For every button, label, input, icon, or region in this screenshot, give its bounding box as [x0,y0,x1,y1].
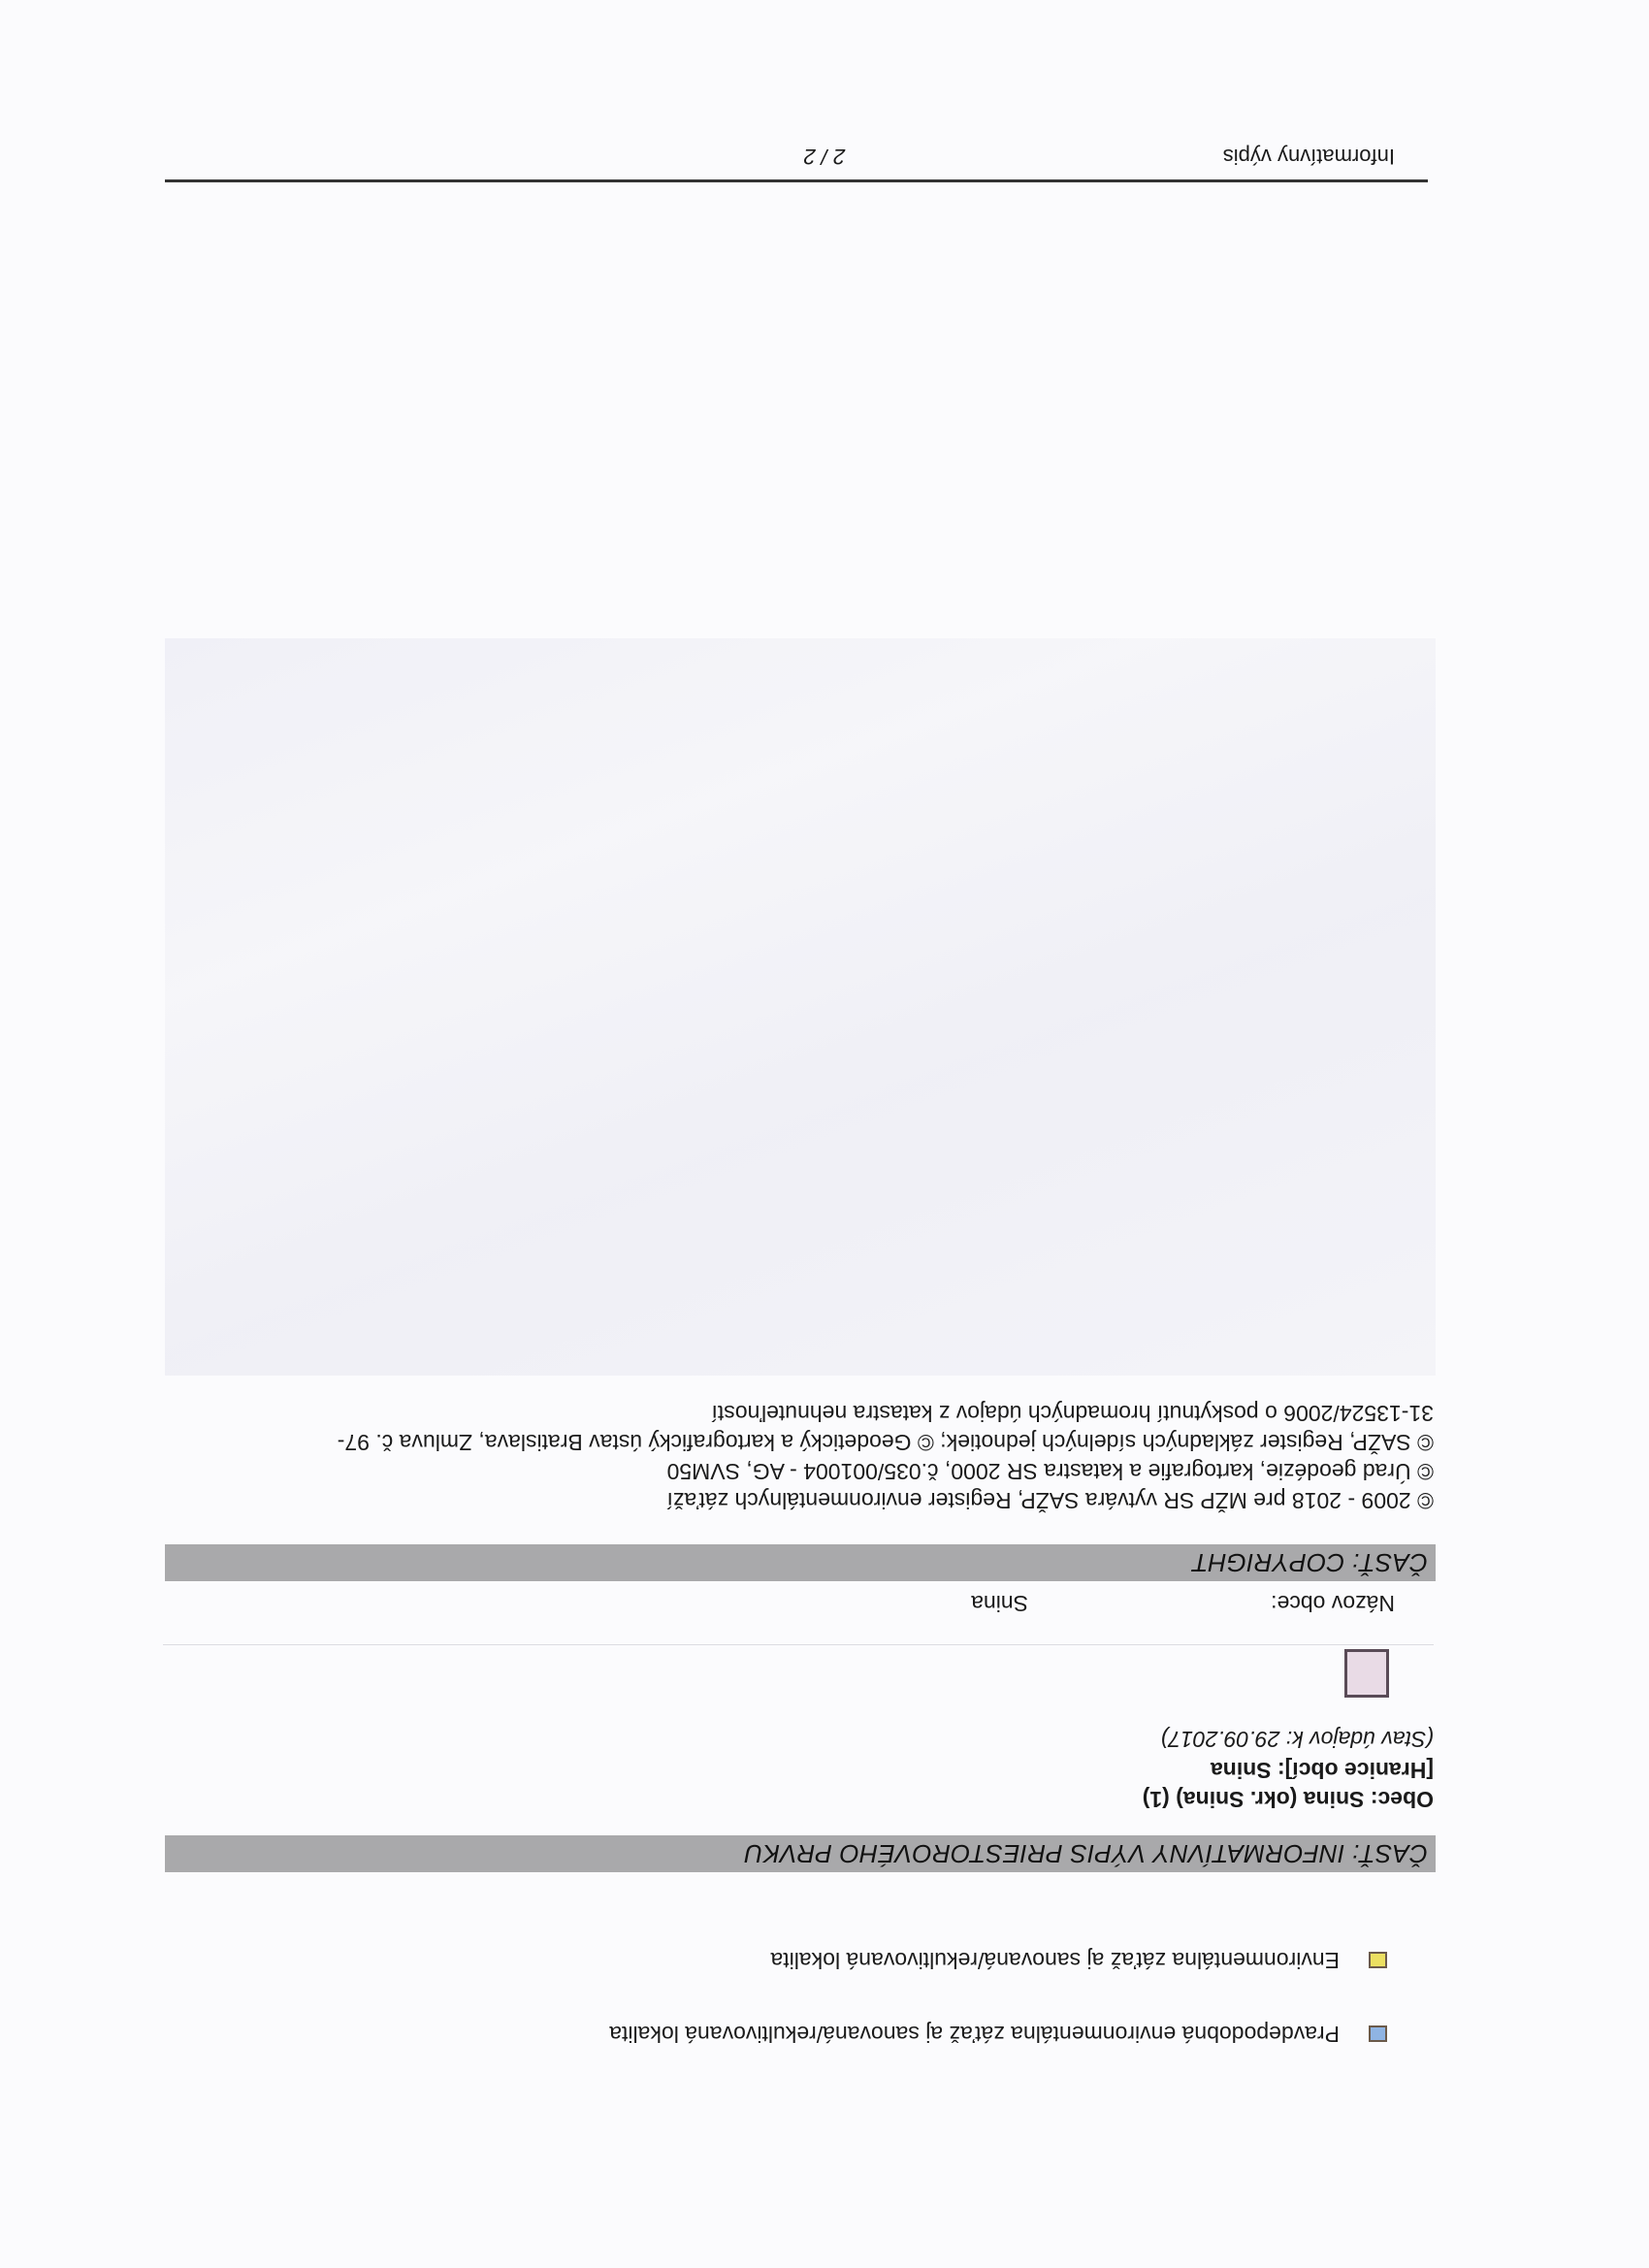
nazov-obce-label: Názov obce: [1271,1590,1395,1616]
copyright-line: © 2009 - 2018 pre MŽP SR vytvára SAŽP, R… [667,1487,1434,1513]
copyright-line: © SAŽP, Register základných sídelných je… [338,1429,1434,1455]
hranice-line: [Hranice obcí]: Snina [1211,1757,1434,1783]
legend-label: Environmentálna záťaž aj sanovaná/rekult… [770,1948,1340,1974]
footer-rule [165,179,1428,182]
section-header-copyright: ČASŤ: COPYRIGHT [165,1544,1436,1581]
obec-line: Obec: Snina (okr. Snina) (1) [1143,1786,1434,1812]
footer-title: Informatívny výpis [1223,144,1395,169]
section-header-extract: ČASŤ: INFORMATÍVNY VÝPIS PRIESTOROVÉHO P… [165,1835,1436,1872]
document-page: Pravdepodobná environmentálna záťaž aj s… [0,0,1649,2268]
legend-item-probable-load: Pravdepodobná environmentálna záťaž aj s… [609,2020,1387,2049]
divider [163,1644,1434,1645]
copyright-line: © Úrad geodézie, kartografie a katastra … [667,1458,1434,1484]
legend-label: Pravdepodobná environmentálna záťaž aj s… [609,2022,1340,2048]
legend-item-environmental-load: Environmentálna záťaž aj sanovaná/rekult… [770,1946,1387,1975]
map-bleed-through [165,638,1436,1376]
legend-swatch-blue-icon [1369,2026,1387,2043]
page-number: 2 / 2 [804,144,846,169]
boundary-swatch [1344,1649,1389,1698]
stav-udajov-line: (Stav údajov k: 29.09.2017) [1161,1726,1434,1752]
nazov-obce-value: Snina [971,1590,1028,1616]
copyright-line: 31-13524/2006 o poskytnutí hromadných úd… [712,1400,1434,1426]
legend-swatch-yellow-icon [1369,1953,1387,1969]
